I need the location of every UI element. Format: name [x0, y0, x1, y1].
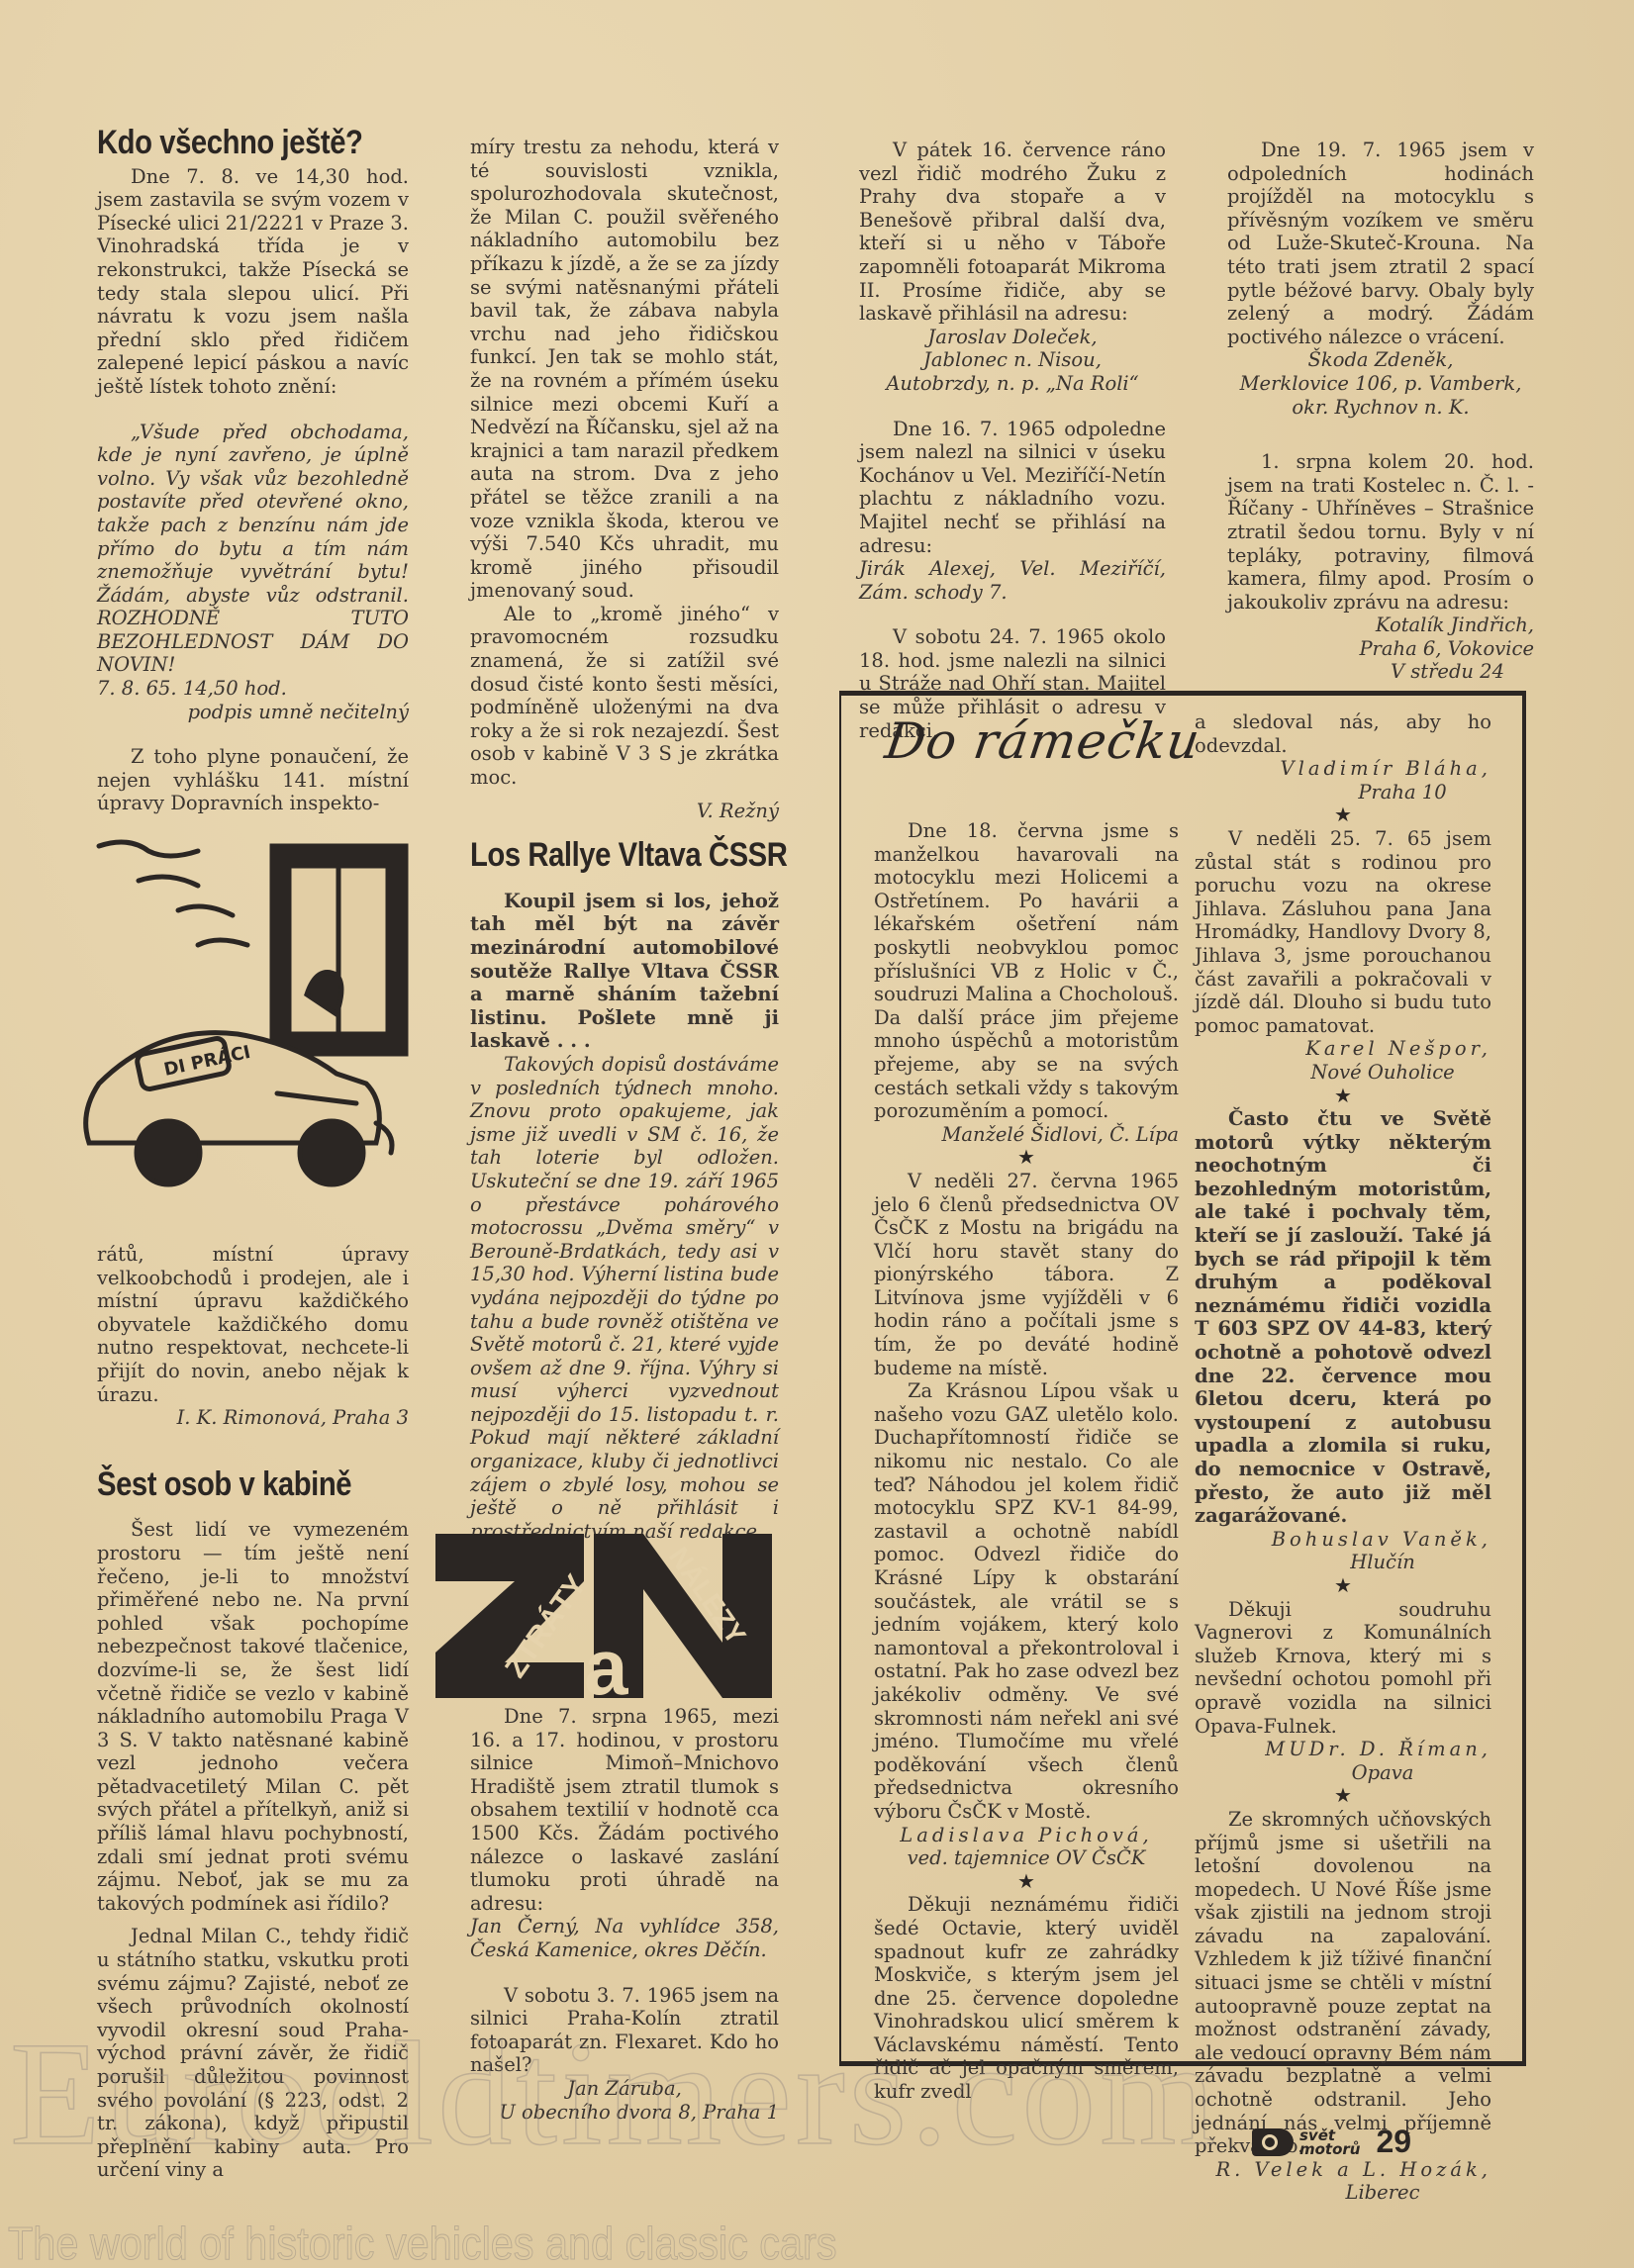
quoted-note: „Všude před obchodama, kde je nyní zavře…: [97, 421, 409, 678]
page-number: 29: [1377, 2124, 1412, 2160]
column-4: Dne 19. 7. 1965 jsem v odpoledních hodin…: [1227, 139, 1534, 684]
lost-item-signature: Autobrzdy, n. p. „Na Roli“: [859, 372, 1166, 396]
lost-item-text: Dne 7. srpna 1965, mezi 16. a 17. hodino…: [470, 1705, 779, 1915]
column-2-lower: Dne 7. srpna 1965, mezi 16. a 17. hodino…: [470, 1705, 779, 2124]
quoted-note-signature: podpis umně nečitelný: [97, 701, 409, 724]
lost-item-signature: V středu 24: [1227, 660, 1534, 684]
column-2: míry trestu za nehodu, která v té souvis…: [470, 136, 779, 1543]
lost-item-text: V sobotu 3. 7. 1965 jsem na silnici Prah…: [470, 1984, 779, 2077]
reader-question: Koupil jsem si los, jehož tah měl být na…: [470, 890, 779, 1053]
svet-motoru-logo-icon: [1252, 2128, 1294, 2156]
star-separator-icon: ★: [874, 1146, 1179, 1170]
letter-text: Dne 18. června jsme s manželkou havarova…: [874, 819, 1179, 1123]
cartoon-illustration: DI PRÁCI: [79, 826, 426, 1222]
letter-signature: Ladislava Pichová,: [874, 1824, 1179, 1847]
letter-text: V neděli 27. června 1965 jelo 6 členů př…: [874, 1170, 1179, 1379]
lost-item-text: Dne 19. 7. 1965 jsem v odpoledních hodin…: [1227, 139, 1534, 348]
lost-item-signature: Jan Záruba,: [470, 2077, 779, 2101]
article-paragraph: Ale to „kromě jiného“ v pravomocném rozs…: [470, 603, 779, 790]
svg-text:a: a: [584, 1623, 628, 1700]
article-paragraph: Z toho plyne ponaučení, že nejen vyhlášk…: [97, 745, 409, 815]
letter-signature: Liberec: [1195, 2181, 1491, 2205]
letter-signature: Vladimír Bláha,: [1195, 757, 1491, 781]
quoted-note-date: 7. 8. 65. 14,50 hod.: [97, 677, 409, 701]
letter-signature: Bohuslav Vaněk,: [1195, 1528, 1491, 1552]
letter-signature: Praha 10: [1195, 781, 1491, 804]
letter-signature: Manželé Šidlovi, Č. Lípa: [874, 1123, 1179, 1147]
letter-signature: MUDr. D. Říman,: [1195, 1738, 1491, 1761]
letter-text: a sledoval nás, aby ho odevzdal.: [1195, 710, 1491, 757]
letter-text: Ze skromných učňovských příjmů jsme si u…: [1195, 1808, 1491, 2158]
letter-signature: Karel Nešpor,: [1195, 1037, 1491, 1061]
lost-item-signature: U obecního dvora 8, Praha 1: [470, 2101, 779, 2125]
article-title-kdo-vsechno: Kdo všechno ještě?: [97, 132, 365, 155]
letter-signature: Nové Ouholice: [1195, 1061, 1491, 1085]
article-paragraph: Jednal Milan C., tehdy řidič u státního …: [97, 1925, 409, 2182]
article-author: V. Režný: [470, 800, 779, 823]
column-3: V pátek 16. července ráno vezl řidič mod…: [859, 139, 1166, 742]
lost-item-signature: Škoda Zdeněk,: [1227, 348, 1534, 372]
lost-item-text: V pátek 16. července ráno vezl řidič mod…: [859, 139, 1166, 326]
magazine-page: Kdo všechno ještě? Dne 7. 8. ve 14,30 ho…: [0, 0, 1634, 2268]
logo-line-2: motorů: [1299, 2142, 1361, 2156]
star-separator-icon: ★: [1195, 1784, 1491, 1808]
star-separator-icon: ★: [1195, 1085, 1491, 1108]
letter-text: Za Krásnou Lípou však u našeho vozu GAZ …: [874, 1379, 1179, 1823]
star-separator-icon: ★: [874, 1870, 1179, 1894]
watermark-tagline: The world of historic vehicles and class…: [8, 2217, 837, 2268]
star-separator-icon: ★: [1195, 803, 1491, 827]
box-column-right: a sledoval nás, aby ho odevzdal. Vladimí…: [1195, 710, 1491, 2205]
column-1: Kdo všechno ještě? Dne 7. 8. ve 14,30 ho…: [97, 132, 409, 815]
lost-item-signature: Merklovice 106, p. Vamberk,: [1227, 372, 1534, 396]
letter-text: Děkuji neznámému řidiči šedé Octavie, kt…: [874, 1893, 1179, 2103]
lost-item-text: 1. srpna kolem 20. hod. jsem na trati Ko…: [1227, 450, 1534, 614]
lost-item-signature: Kotalík Jindřich,: [1227, 614, 1534, 637]
article-paragraph: Dne 7. 8. ve 14,30 hod. jsem zastavila s…: [97, 165, 409, 399]
letter-text: V neděli 25. 7. 65 jsem zůstal stát s ro…: [1195, 827, 1491, 1037]
letter-text: Často čtu ve Světě motorů výtky některým…: [1195, 1107, 1491, 1528]
column-1-lower: rátů, místní úpravy velkoobchodů i prode…: [97, 1243, 409, 2182]
ztraty-a-nalezy-logo: ZTRÁTY NÁLEZY a: [435, 1524, 774, 1700]
editorial-answer: Takových dopisů dostáváme v posledních t…: [470, 1053, 779, 1543]
letter-signature: ved. tajemnice OV ČsČK: [874, 1846, 1179, 1870]
article-title-los-rallye: Los Rallye Vltava ČSSR: [470, 844, 735, 868]
article-author: I. K. Rimonová, Praha 3: [97, 1406, 409, 1430]
letter-signature: Opava: [1195, 1761, 1491, 1785]
article-paragraph: rátů, místní úpravy velkoobchodů i prode…: [97, 1243, 409, 1406]
lost-item-signature: okr. Rychnov n. K.: [1227, 396, 1534, 420]
article-title-sest-osob: Šest osob v kabině: [97, 1473, 365, 1497]
lost-item-address: Jan Černý, Na vyhlídce 358, Česká Kameni…: [470, 1915, 779, 1961]
letter-signature: Hlučín: [1195, 1551, 1491, 1574]
lost-item-signature: Praha 6, Vokovice: [1227, 637, 1534, 661]
found-item-address: Jirák Alexej, Vel. Meziříčí, Zám. schody…: [859, 557, 1166, 604]
article-paragraph: míry trestu za nehodu, která v té souvis…: [470, 136, 779, 603]
box-column-left: Dne 18. června jsme s manželkou havarova…: [874, 819, 1179, 2104]
box-title: Do rámečku: [882, 712, 1203, 770]
lost-item-signature: Jablonec n. Nisou,: [859, 348, 1166, 372]
star-separator-icon: ★: [1195, 1574, 1491, 1598]
footer-magazine-logo: svět motorů 29: [1252, 2124, 1411, 2160]
found-item-text: Dne 16. 7. 1965 odpoledne jsem nalezl na…: [859, 418, 1166, 558]
article-paragraph: Šest lidí ve vymezeném prostoru — tím je…: [97, 1518, 409, 1915]
letter-signature: R. Velek a L. Hozák,: [1195, 2158, 1491, 2182]
lost-item-signature: Jaroslav Doleček,: [859, 326, 1166, 349]
letter-text: Děkuji soudruhu Vagnerovi z Komunálních …: [1195, 1598, 1491, 1739]
